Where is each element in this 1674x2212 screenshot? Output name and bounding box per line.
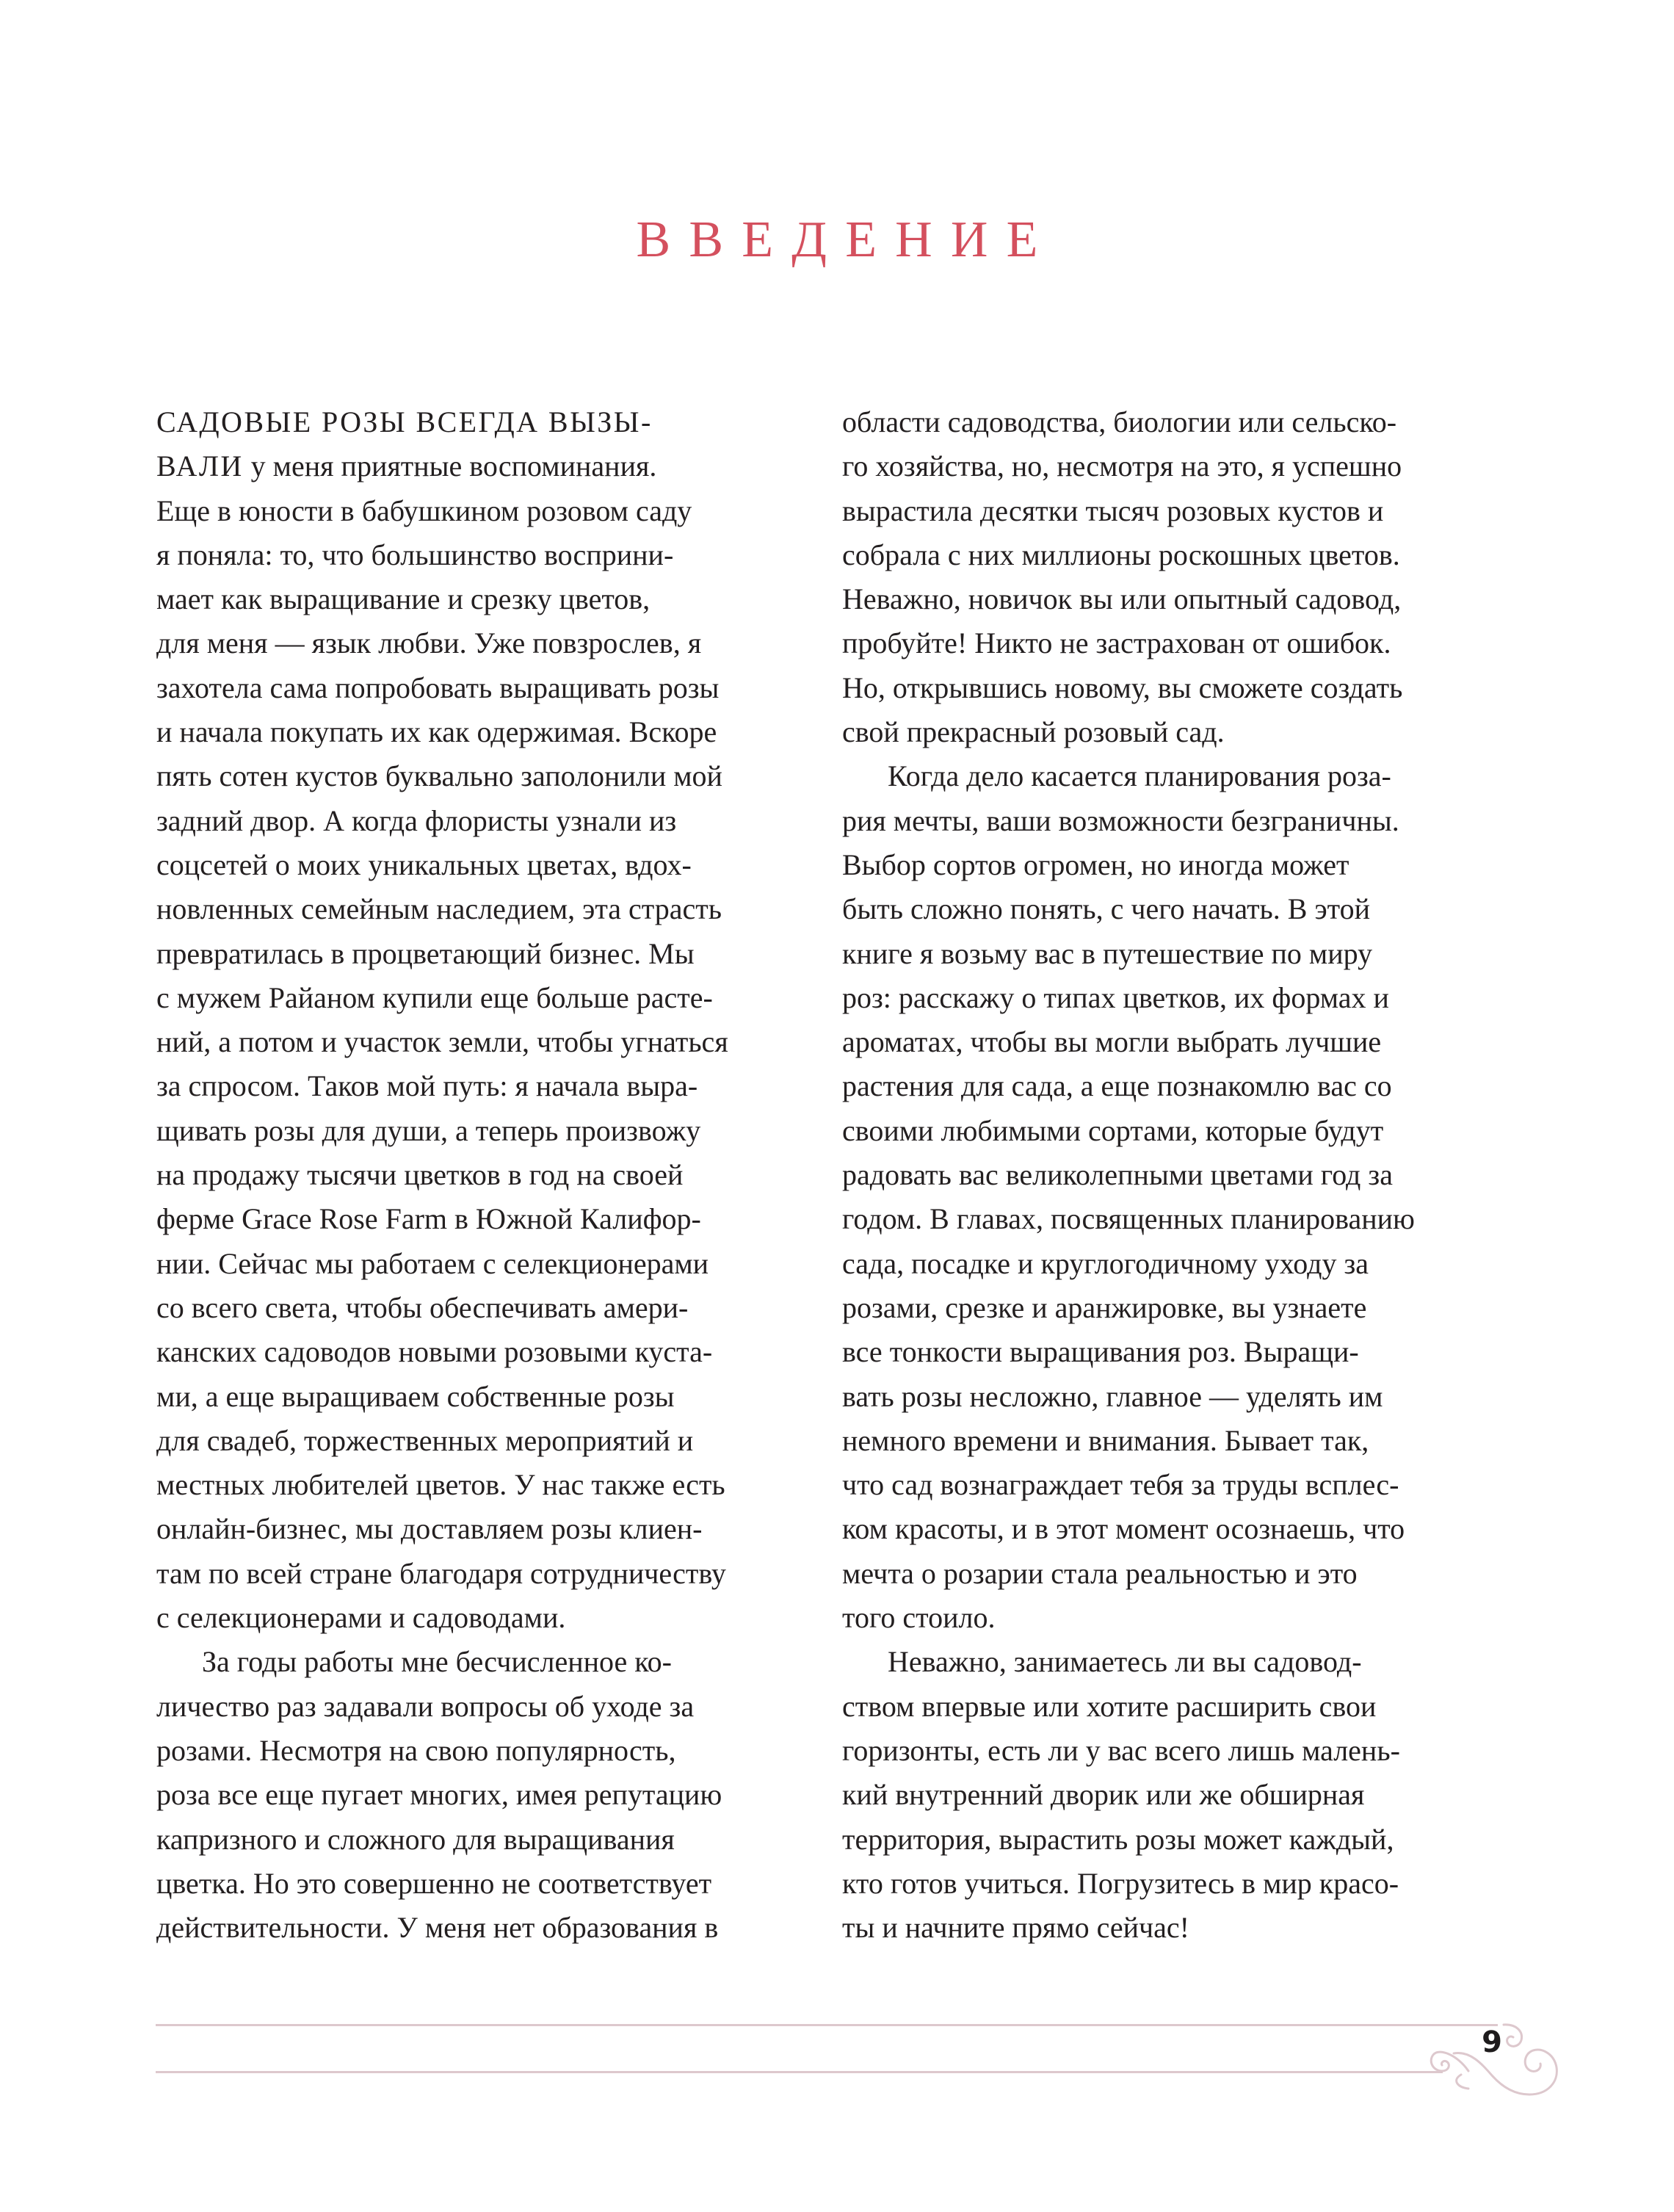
text-line: ством впервые или хотите расширить свои — [842, 1685, 1479, 1729]
text-line: роза все еще пугает многих, имея репутац… — [156, 1773, 802, 1817]
text-line: на продажу тысячи цветков в год на своей — [156, 1153, 802, 1197]
text-line: вырастила десятки тысяч розовых кустов и — [842, 489, 1479, 533]
paragraph-start-line: Когда дело касается планирования роза- — [842, 754, 1479, 798]
page-number: 9 — [1481, 2025, 1503, 2059]
text-line: мает как выращивание и срезку цветов, — [156, 577, 802, 621]
text-line: сада, посадке и круглогодичному уходу за — [842, 1242, 1479, 1286]
text-line: пробуйте! Никто не застрахован от ошибок… — [842, 621, 1479, 665]
text-line: свой прекрасный розовый сад. — [842, 710, 1479, 754]
text-line: ком красоты, и в этот момент осознаешь, … — [842, 1507, 1479, 1551]
lead-in-caps: ВАЛИ — [156, 449, 244, 482]
text-line: своими любимыми сортами, которые будут — [842, 1109, 1479, 1153]
text-line: капризного и сложного для выращивания — [156, 1818, 802, 1862]
text-line: с селекционерами и садоводами. — [156, 1596, 802, 1640]
text-line: кто готов учиться. Погрузитесь в мир кра… — [842, 1862, 1479, 1906]
text-line: что сад вознаграждает тебя за труды вспл… — [842, 1463, 1479, 1507]
text-line: ферме Grace Rose Farm в Южной Калифор- — [156, 1197, 802, 1241]
text-line: го хозяйства, но, несмотря на это, я усп… — [842, 444, 1479, 488]
text-line: местных любителей цветов. У нас также ес… — [156, 1463, 802, 1507]
text-line: с мужем Райаном купили еще больше расте- — [156, 976, 802, 1020]
paragraph-start-line: За годы работы мне бесчисленное ко- — [156, 1640, 802, 1684]
text-line: розами. Несмотря на свою популярность, — [156, 1729, 802, 1773]
text-line: ми, а еще выращиваем собственные розы — [156, 1375, 802, 1419]
text-line: цветка. Но это совершенно не соответству… — [156, 1862, 802, 1906]
footer-rule-top — [156, 2024, 1498, 2026]
chapter-title: ВВЕДЕНИЕ — [0, 207, 1674, 273]
text-line: Но, открывшись новому, вы сможете создат… — [842, 666, 1479, 710]
text-line: действительности. У меня нет образования… — [156, 1906, 802, 1950]
text-line: все тонкости выращивания роз. Выращи- — [842, 1330, 1479, 1374]
text-line: Еще в юности в бабушкином розовом саду — [156, 489, 802, 533]
text-line: быть сложно понять, с чего начать. В это… — [842, 887, 1479, 931]
text-line: розами, срезке и аранжировке, вы узнаете — [842, 1286, 1479, 1330]
text-line: превратилась в процветающий бизнес. Мы — [156, 932, 802, 976]
text-line: мечта о розарии стала реальностью и это — [842, 1552, 1479, 1596]
text-line: собрала с них миллионы роскошных цветов. — [842, 533, 1479, 577]
text-line: задний двор. А когда флористы узнали из — [156, 799, 802, 843]
text-line: для меня — язык любви. Уже повзрослев, я — [156, 621, 802, 665]
text-line: Неважно, новичок вы или опытный садовод, — [842, 577, 1479, 621]
text-line: книге я возьму вас в путешествие по миру — [842, 932, 1479, 976]
left-text-column: САДОВЫЕ РОЗЫ ВСЕГДА ВЫЗЫ- ВАЛИ у меня пр… — [156, 400, 802, 1950]
text-line: рия мечты, ваши возможности безграничны. — [842, 799, 1479, 843]
text-line: радовать вас великолепными цветами год з… — [842, 1153, 1479, 1197]
text-line: пять сотен кустов буквально заполонили м… — [156, 754, 802, 798]
text-line: личество раз задавали вопросы об уходе з… — [156, 1685, 802, 1729]
text-line: нии. Сейчас мы работаем с селекционерами — [156, 1242, 802, 1286]
text-line: годом. В главах, посвященных планировани… — [842, 1197, 1479, 1241]
text-line: ароматах, чтобы вы могли выбрать лучшие — [842, 1020, 1479, 1064]
text-line: области садоводства, биологии или сельск… — [842, 400, 1479, 444]
text-line: со всего света, чтобы обеспечивать амери… — [156, 1286, 802, 1330]
text-line: и начала покупать их как одержимая. Вско… — [156, 710, 802, 754]
text-line: ты и начните прямо сейчас! — [842, 1906, 1479, 1950]
text-line: ВАЛИ у меня приятные воспоминания. — [156, 444, 802, 488]
text-line: САДОВЫЕ РОЗЫ ВСЕГДА ВЫЗЫ- — [156, 400, 802, 444]
paragraph-start-line: Неважно, занимаетесь ли вы садовод- — [842, 1640, 1479, 1684]
lead-in-caps: САДОВЫЕ РОЗЫ ВСЕГДА ВЫЗЫ- — [156, 405, 653, 438]
text-line: за спросом. Таков мой путь: я начала выр… — [156, 1064, 802, 1108]
text-line: того стоило. — [842, 1596, 1479, 1640]
text-line: роз: расскажу о типах цветков, их формах… — [842, 976, 1479, 1020]
text-line: растения для сада, а еще познакомлю вас … — [842, 1064, 1479, 1108]
book-page: ВВЕДЕНИЕ САДОВЫЕ РОЗЫ ВСЕГДА ВЫЗЫ- ВАЛИ … — [0, 0, 1674, 2212]
text-line: там по всей стране благодаря сотрудничес… — [156, 1552, 802, 1596]
text-line: вать розы несложно, главное — уделять им — [842, 1375, 1479, 1419]
text-line: я поняла: то, что большинство восприни- — [156, 533, 802, 577]
text-line: Выбор сортов огромен, но иногда может — [842, 843, 1479, 887]
text-line: новленных семейным наследием, эта страст… — [156, 887, 802, 931]
right-text-column: области садоводства, биологии или сельск… — [842, 400, 1479, 1950]
text-line: кий внутренний дворик или же обширная — [842, 1773, 1479, 1817]
text-line: ний, а потом и участок земли, чтобы угна… — [156, 1020, 802, 1064]
text-line: горизонты, есть ли у вас всего лишь мале… — [842, 1729, 1479, 1773]
footer-rule-bottom — [156, 2071, 1443, 2073]
text-line: немного времени и внимания. Бывает так, — [842, 1419, 1479, 1463]
text-line: захотела сама попробовать выращивать роз… — [156, 666, 802, 710]
text-line: канских садоводов новыми розовыми куста- — [156, 1330, 802, 1374]
text-fragment: у меня приятные воспоминания. — [244, 449, 657, 482]
text-line: щивать розы для души, а теперь произвожу — [156, 1109, 802, 1153]
text-line: онлайн-бизнес, мы доставляем розы клиен- — [156, 1507, 802, 1551]
text-line: территория, вырастить розы может каждый, — [842, 1818, 1479, 1862]
text-line: соцсетей о моих уникальных цветах, вдох- — [156, 843, 802, 887]
text-line: для свадеб, торжественных мероприятий и — [156, 1419, 802, 1463]
